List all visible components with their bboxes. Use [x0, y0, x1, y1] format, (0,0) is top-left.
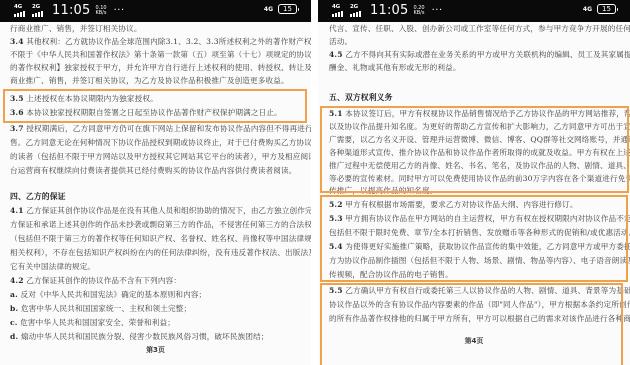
more-notifications-icon: ··· — [432, 5, 443, 17]
signal-4g-icon: 4G — [332, 4, 346, 18]
battery-icon: 15 — [597, 4, 616, 14]
wifi-4g-icon: 4G — [264, 6, 273, 13]
document-page: 代言、宣传、任职、入股、创办新公司或工作室等任何方式，参与甲方竞争方开展的任何商… — [318, 22, 630, 365]
text-line: 行商业推广、销售，并签订相关协议。 — [10, 24, 142, 34]
clock: 11:05 — [52, 3, 90, 19]
text-line: 的著作权权利】独家授权于甲方，并允许甲方自行进行上述权利的使用、转授权、转让及进… — [10, 63, 311, 73]
signal-2g-icon: 2G — [350, 4, 364, 18]
clause-3-4: 3.4 其他权利：乙方就协议作品全球范围内除3.1、3.2、3.3所述权利之外的… — [10, 37, 311, 47]
status-bar: 4G 2G 11:05 0.20 KB/s ··· 4G 15 — [318, 0, 630, 22]
text-line: 包括但不限于限时免费、章节/全本打折销售、发放赠币等各种形式的促销和/或优惠活动… — [329, 228, 630, 238]
text-line: 它有关中国法律的规定。 — [10, 262, 95, 272]
list-item-b: b. 危害中华人民共和国国家统一、主权和领土完整； — [10, 304, 191, 314]
clause-5-3: 5.3 甲方拥有协议作品在甲方网站的自主运营权，甲方有权在授权期限内对协议作品不… — [329, 214, 630, 224]
section-heading-5: 五、双方权利义务 — [329, 93, 393, 103]
clause-3-5: 3.5 上述授权在本协议期限内为独家授权。 — [10, 94, 158, 104]
section-heading-4: 四、乙方的保证 — [10, 192, 66, 202]
clause-5-5: 5.5 乙方确认甲方有权自行或委托第三人以协议作品的人物、剧情、道具、背景等为基… — [329, 286, 630, 296]
text-line: 代言、宣传、任职、入股、创办新公司或工作室等任何方式，参与甲方竞争方开展的任何商… — [329, 24, 630, 34]
text-line: （包括但不限于第三方的著作权等任何知识产权、名誉权、姓名权、肖像权等中国法律规定… — [10, 234, 311, 244]
text-line: 酬金、礼物或其他有形或无形的利益。 — [329, 63, 461, 73]
text-line: 商业推广、销售，并签订相关协议，为乙方及协议作品积极推广及创造更多收益。 — [10, 76, 289, 86]
network-speed: 0.10 KB/s — [95, 6, 106, 17]
text-line: 传推广，以提高作品的知名度。 — [329, 186, 437, 196]
text-line: 方为协议作品制作插图（包括但不限于人物、场景、剧情、物品等内容）、电子语音朗读及… — [329, 256, 630, 266]
clause-4-5: 4.5 乙方不得向其有实际或潜在业务关系的甲方或甲方关联机构的编辑、员工及其家属… — [329, 50, 630, 60]
list-item-c: c. 危害中华人民共和国国家安全、荣誉和利益； — [10, 318, 175, 328]
list-item-d: d. 煽动中华人民共和国民族分裂、侵害少数民族风俗习惯，破坏民族团结； — [10, 332, 269, 342]
clause-5-4: 5.4 为使得更好实施推广策略，获取协议作品宣传的集中效能，乙方同意甲方或甲方委… — [329, 242, 630, 252]
text-line: 方保证和承诺上述其创作的作品未抄袭或剽窃第三方的作品，不侵害任何第三方的合法权利 — [10, 220, 311, 230]
more-notifications-icon: ··· — [114, 5, 125, 17]
signal-2g-icon: 2G — [32, 4, 46, 18]
wifi-4g-icon: 4G — [583, 6, 592, 13]
status-bar: 4G 2G 11:05 0.10 KB/s ··· 4G 15 — [0, 0, 311, 22]
signal-4g-icon: 4G — [14, 4, 28, 18]
text-line: 相关权利），不存在包括知识产权纠纷在内的任何法律纠纷，没有违反著作权法、出版法及… — [10, 248, 311, 258]
text-line: 各种渠道形式宣传、推介协议作品和协议作品作者所取得的成就及收益。甲方有权在上述宣… — [329, 148, 630, 158]
page-number: 第4页 — [318, 336, 630, 346]
text-line: 以及协议作品提升知名度。为更好的帮助乙方宣传和扩大影响力，乙方同意甲方可出于宣传… — [329, 122, 630, 132]
text-line: 推广过程中无偿使用乙方的肖像、姓名、书名、笔名，及协议作品的人物、剧情、道具、背… — [329, 161, 630, 171]
clause-4-2: 4.2 乙方保证其创作的协议作品不含有下列内容： — [10, 276, 181, 286]
clause-5-2: 5.2 甲方有权根据市场需要，要求乙方对协议作品大纲、内容进行修订。 — [329, 200, 578, 210]
battery-icon: 15 — [278, 4, 297, 14]
screenshot-left-page3: 4G 2G 11:05 0.10 KB/s ··· 4G 15 行商业推广、销售… — [0, 0, 311, 365]
screenshot-right-page4: 4G 2G 11:05 0.20 KB/s ··· 4G 15 代言、宣传、任职… — [318, 0, 630, 365]
list-item-a: a. 反对《中华人民共和国宪法》确定的基本原则和内容； — [10, 290, 206, 300]
document-page: 行商业推广、销售，并签订相关协议。 3.4 其他权利：乙方就协议作品全球范围内除… — [0, 22, 311, 365]
clause-4-1: 4.1 乙方保证其创作协议作品是在没有其他人员和组织协助的情况下，由乙方独立创作… — [10, 206, 311, 216]
text-line: 广需要，以乙方名义开设、管理并运营微博、微信、博客、QQ群等社交网络账号，并通过… — [329, 135, 630, 145]
text-line: 等必要的宣传素材。同时甲方可以免费使用协议作品的前30万字内容在各个渠道进行免费… — [329, 174, 630, 184]
text-line: 不限于《中华人民共和国著作权法》第十条第一款第（五）项至第（十七）项规定的协议作… — [10, 50, 311, 60]
text-line: 的所有作品著作权排他的归属于甲方所有，甲方可以根据自己的需求对该作品进行各种商业… — [329, 314, 630, 324]
text-line: 售。乙方同意无论在何种情况下协议作品授权到期或协议终止，对于已付费购买乙方协议作… — [10, 138, 311, 148]
text-line: 传视频，配合协议作品的电子销售。 — [329, 270, 453, 280]
clause-3-7: 3.7 授权期满后，乙方同意甲方仍可在旗下网站上保留和发布协议作品内容但不得再进… — [10, 124, 311, 134]
page-number: 第3页 — [0, 345, 311, 355]
text-line: 的读者（包括但不限于甲方网站以及甲方授权其它网站其它平台的读者），甲方及相应阅读… — [10, 152, 311, 162]
text-line: 协议作品以外的含有协议作品内容要素的作品（即"同人作品"），甲方根据本条约定所创… — [329, 300, 630, 310]
text-line: 台运营商有权继续向付费读者提供其已经付费购买的协议作品内容供付费读者阅读。 — [10, 166, 297, 176]
network-speed: 0.20 KB/s — [413, 6, 424, 17]
text-line: 活动。 — [329, 37, 352, 47]
clause-3-6: 3.6 本协议独家授权期限自签署之日起至协议作品著作财产权保护期满之日止。 — [10, 108, 282, 118]
clock: 11:05 — [370, 3, 408, 19]
clause-5-1: 5.1 本协议签订后，甲方有权视协议作品销售情况给予乙方协议作品的甲方网站推荐，… — [329, 109, 630, 119]
